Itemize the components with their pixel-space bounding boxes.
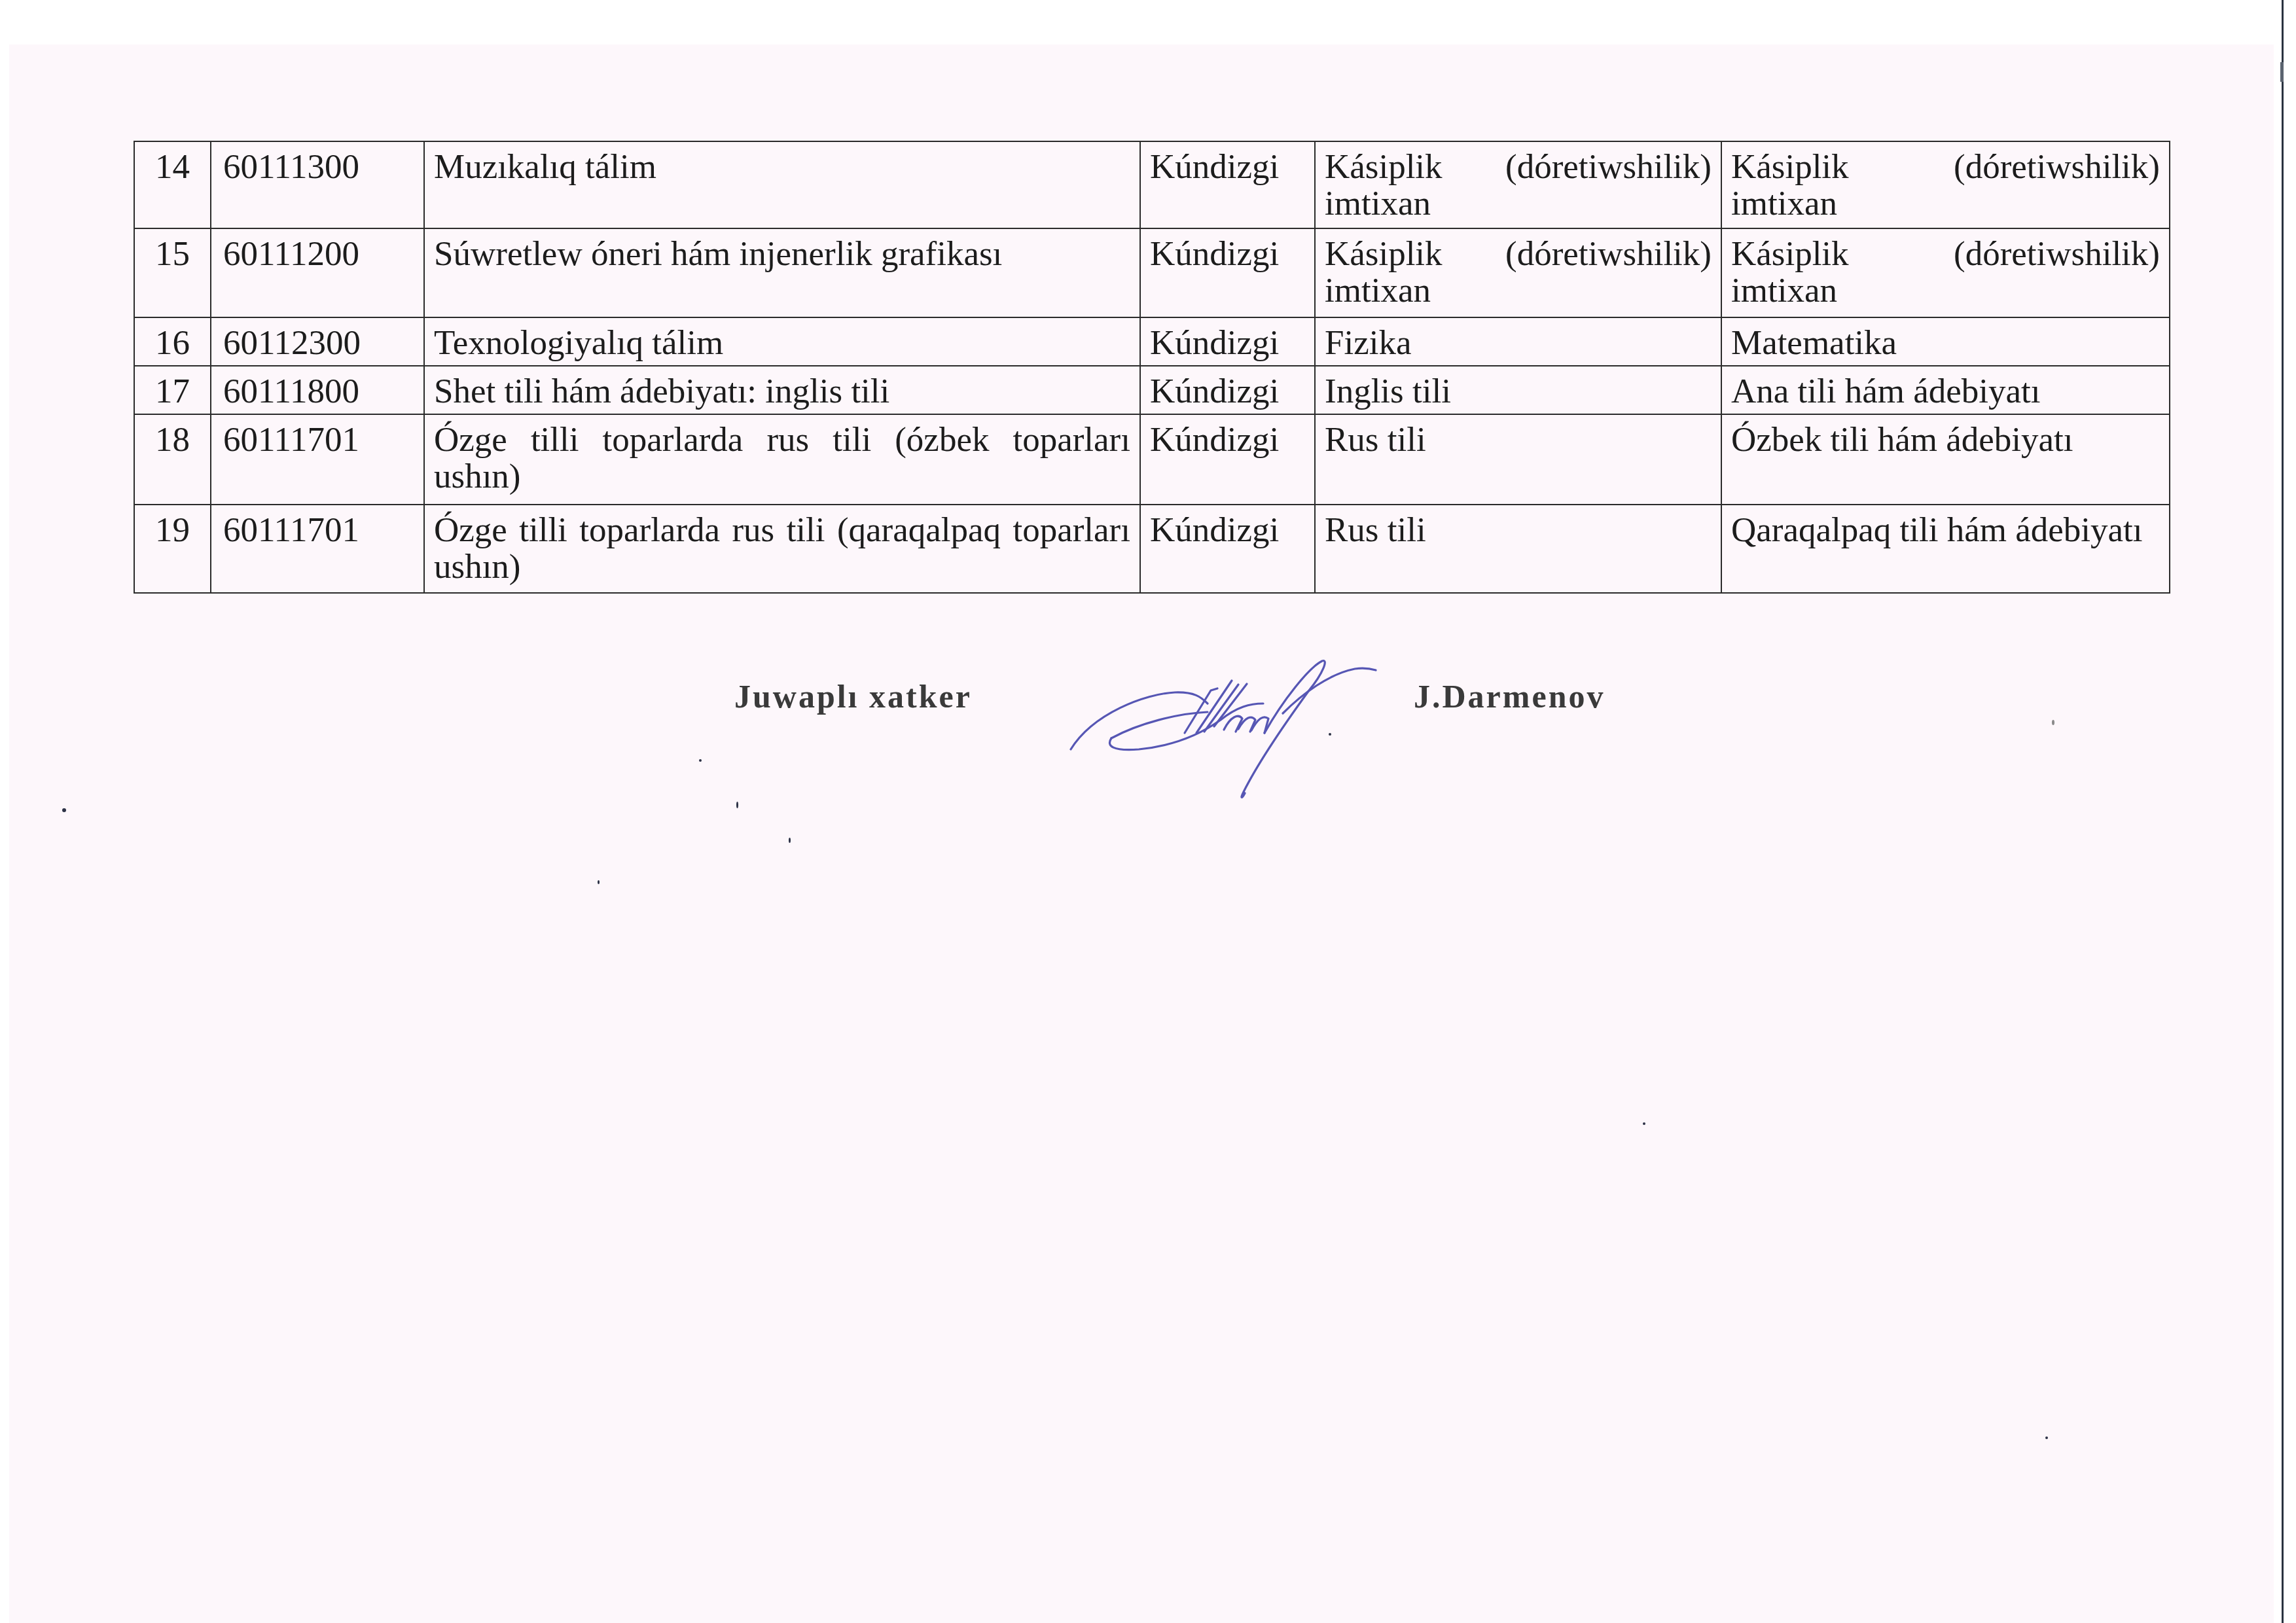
specialty-name: Ózge tilli toparlarda rus tili (qaraqalp… [424, 505, 1140, 593]
row-number: 19 [134, 505, 211, 593]
study-form: Kúndizgi [1140, 414, 1315, 505]
exam-subject-2: Kásiplik (dóretiwshilik) imtixan [1721, 141, 2170, 228]
exam-subject-1: Kásiplik (dóretiwshilik) imtixan [1315, 141, 1721, 228]
table-row: 18 60111701 Ózge tilli toparlarda rus ti… [134, 414, 2170, 505]
exam-subject-2: Matematika [1721, 317, 2170, 366]
scan-speck [62, 808, 66, 812]
specialty-code: 60111701 [211, 505, 424, 593]
exam-subject-1: Fizika [1315, 317, 1721, 366]
table-row: 15 60111200 Súwretlew óneri hám injenerl… [134, 228, 2170, 317]
study-form: Kúndizgi [1140, 228, 1315, 317]
specialty-name: Ózge tilli toparlarda rus tili (ózbek to… [424, 414, 1140, 505]
row-number: 16 [134, 317, 211, 366]
table-row: 14 60111300 Muzıkalıq tálim Kúndizgi Kás… [134, 141, 2170, 228]
exam-subject-2: Kásiplik (dóretiwshilik) imtixan [1721, 228, 2170, 317]
exam-subject-1: Inglis tili [1315, 366, 1721, 414]
specialty-code: 60112300 [211, 317, 424, 366]
study-form: Kúndizgi [1140, 505, 1315, 593]
scan-speck [699, 759, 702, 762]
exam-subjects-table: 14 60111300 Muzıkalıq tálim Kúndizgi Kás… [134, 141, 2170, 594]
signatory-name: J.Darmenov [1414, 677, 1605, 715]
table-row: 16 60112300 Texnologiyalıq tálim Kúndizg… [134, 317, 2170, 366]
specialty-name: Texnologiyalıq tálim [424, 317, 1140, 366]
study-form: Kúndizgi [1140, 366, 1315, 414]
exam-subject-1: Kásiplik (dóretiwshilik) imtixan [1315, 228, 1721, 317]
exam-subject-2: Qaraqalpaq tili hám ádebiyatı [1721, 505, 2170, 593]
scanner-edge-mark [2280, 62, 2284, 82]
table-row: 19 60111701 Ózge tilli toparlarda rus ti… [134, 505, 2170, 593]
scan-speck [2052, 720, 2054, 725]
specialty-code: 60111300 [211, 141, 424, 228]
scan-speck [598, 880, 600, 884]
specialty-code: 60111701 [211, 414, 424, 505]
scan-speck [1643, 1122, 1645, 1125]
row-number: 14 [134, 141, 211, 228]
exam-subject-1: Rus tili [1315, 505, 1721, 593]
specialty-code: 60111800 [211, 366, 424, 414]
scan-speck [789, 838, 791, 843]
exam-subject-2: Ózbek tili hám ádebiyatı [1721, 414, 2170, 505]
scan-speck [1329, 733, 1331, 736]
specialty-name: Muzıkalıq tálim [424, 141, 1140, 228]
specialty-code: 60111200 [211, 228, 424, 317]
exam-subject-2: Ana tili hám ádebiyatı [1721, 366, 2170, 414]
table-row: 17 60111800 Shet tili hám ádebiyatı: ing… [134, 366, 2170, 414]
handwritten-signature-icon [1067, 641, 1381, 805]
row-number: 15 [134, 228, 211, 317]
exam-subject-1: Rus tili [1315, 414, 1721, 505]
scan-speck [2045, 1436, 2048, 1439]
row-number: 17 [134, 366, 211, 414]
signatory-role: Juwaplı xatker [734, 677, 972, 715]
specialty-name: Súwretlew óneri hám injenerlik grafikası [424, 228, 1140, 317]
study-form: Kúndizgi [1140, 317, 1315, 366]
study-form: Kúndizgi [1140, 141, 1315, 228]
row-number: 18 [134, 414, 211, 505]
scan-speck [736, 802, 738, 808]
specialty-name: Shet tili hám ádebiyatı: inglis tili [424, 366, 1140, 414]
scanner-edge-line [2282, 0, 2284, 1623]
